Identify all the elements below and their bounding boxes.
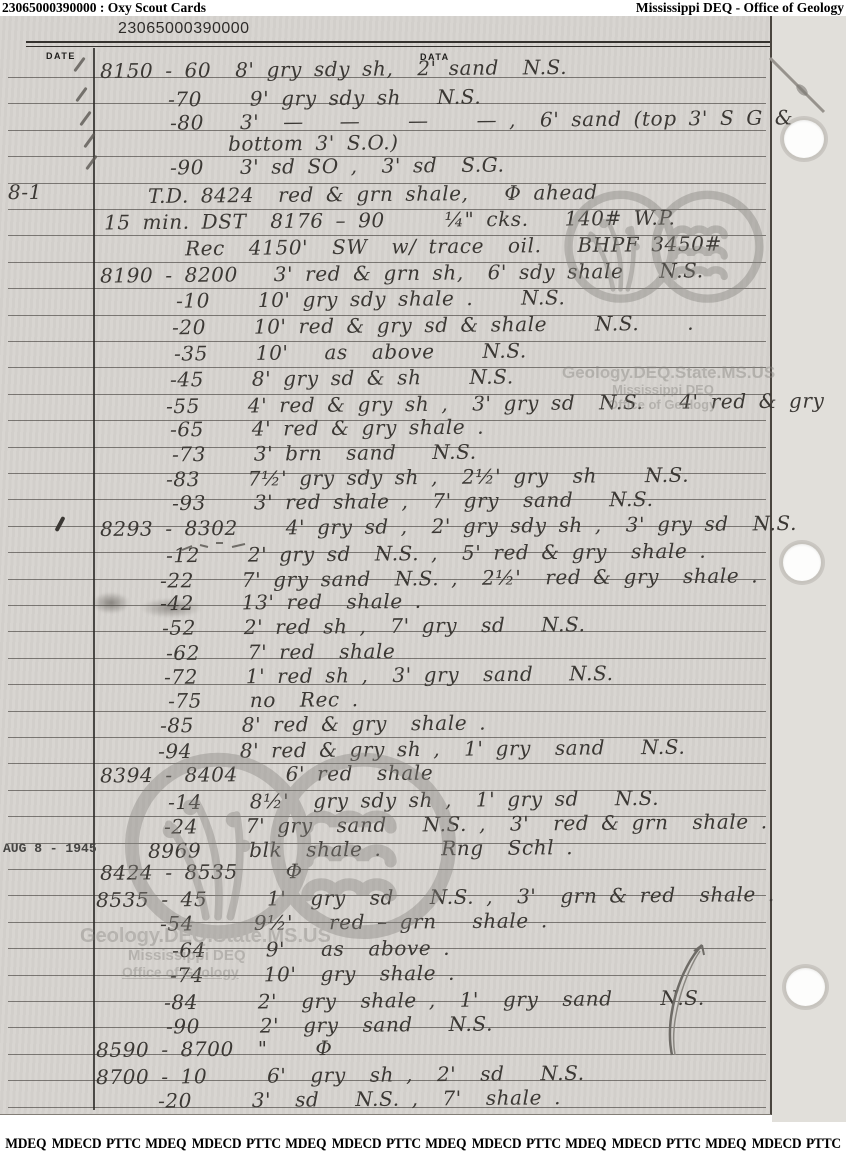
- footer-token: MDEQ: [565, 1136, 606, 1153]
- card-typed-id: 23065000390000: [118, 20, 250, 38]
- log-entry: -73 3' brn sand N.S.: [172, 440, 477, 467]
- log-entry: -62 7' red shale: [166, 639, 396, 665]
- print-header: 23065000390000 : Oxy Scout Cards Mississ…: [0, 0, 846, 16]
- log-entry: -90 2' gry sand N.S.: [166, 1012, 493, 1039]
- log-entry: -65 4' red & gry shale .: [170, 415, 484, 442]
- log-entry: -70 9' gry sdy sh N.S.: [168, 85, 482, 112]
- footer-token: PTTC: [246, 1136, 281, 1153]
- footer-token: PTTC: [106, 1136, 141, 1153]
- footer-token: MDECD: [191, 1136, 241, 1153]
- watermark-agency: Mississippi DEQ: [128, 947, 246, 964]
- pencil-smudge: [92, 592, 130, 614]
- mdeq-logo-watermark: [548, 180, 780, 319]
- log-entry: 8150 - 60 8' gry sdy sh, 2' sand N.S.: [100, 55, 567, 83]
- watermark-url: Geology.DEQ.State.MS.US: [562, 363, 775, 383]
- header-document-title: 23065000390000 : Oxy Scout Cards: [2, 0, 206, 16]
- footer-token: PTTC: [386, 1136, 421, 1153]
- footer-token: MDECD: [471, 1136, 521, 1153]
- hole-punch: [781, 542, 823, 583]
- footer-token: MDECD: [51, 1136, 101, 1153]
- footer-token: PTTC: [806, 1136, 841, 1153]
- footer-token: MDEQ: [425, 1136, 466, 1153]
- print-footer: MDEQMDECDPTTCMDEQMDECDPTTCMDEQMDECDPTTCM…: [3, 1136, 843, 1153]
- log-entry: -90 3' sd SO , 3' sd S.G.: [170, 153, 505, 180]
- watermark-office: Office of Geology: [608, 397, 716, 412]
- footer-token: MDEQ: [705, 1136, 746, 1153]
- footer-token: PTTC: [526, 1136, 561, 1153]
- log-entry: bottom 3' S.O.): [228, 130, 399, 155]
- watermark-block: Geology.DEQ.State.MS.US Mississippi DEQ …: [78, 735, 478, 966]
- card-top-double-rule: [26, 41, 770, 47]
- log-entry: -20 3' sd N.S. , 7' shale .: [158, 1085, 561, 1113]
- crease-mark: [764, 50, 836, 122]
- log-entry: -42 13' red shale .: [160, 589, 422, 615]
- log-entry: -85 8' red & gry shale .: [160, 711, 486, 738]
- watermark-block: Geology.DEQ.State.MS.US Mississippi DEQ …: [548, 180, 780, 319]
- log-entry: -75 no Rec .: [168, 687, 359, 713]
- footer-token: MDECD: [751, 1136, 801, 1153]
- pencil-checkmark: [650, 933, 720, 1063]
- footer-token: MDEQ: [5, 1136, 46, 1153]
- hole-punch: [784, 966, 827, 1008]
- watermark-url: Geology.DEQ.State.MS.US: [80, 925, 331, 948]
- log-entry: -45 8' gry sd & sh N.S.: [170, 365, 514, 392]
- date-entry: 8-1: [8, 180, 42, 204]
- date-column-label: DATE: [46, 51, 76, 61]
- footer-token: PTTC: [666, 1136, 701, 1153]
- waves-icon: [674, 229, 724, 276]
- log-entry: -35 10' as above N.S.: [174, 338, 527, 365]
- log-entry: 8590 - 8700 " Φ: [96, 1036, 333, 1062]
- footer-token: MDEQ: [285, 1136, 326, 1153]
- footer-token: MDEQ: [145, 1136, 186, 1153]
- footer-token: MDECD: [331, 1136, 381, 1153]
- watermark-agency: Mississippi DEQ: [612, 382, 714, 397]
- watermark-office: Office of Geology: [122, 964, 239, 980]
- pencil-scribble: [180, 536, 260, 558]
- log-entry: -72 1' red sh , 3' gry sand N.S.: [164, 661, 614, 689]
- footer-token: MDECD: [611, 1136, 661, 1153]
- log-entry: -52 2' red sh , 7' gry sd N.S.: [162, 612, 586, 640]
- header-agency-title: Mississippi DEQ - Office of Geology: [636, 0, 844, 16]
- log-entry: -10 10' gry sdy shale . N.S.: [176, 285, 566, 312]
- waves-icon: [307, 817, 390, 896]
- log-entry: T.D. 8424 red & grn shale, Φ ahead: [148, 180, 598, 208]
- scanned-document-page: { "page": { "header": { "left": "2306500…: [0, 0, 846, 1156]
- log-entry: -84 2' gry shale , 1' gry sand N.S.: [164, 986, 705, 1015]
- log-entry: -93 3' red shale , 7' gry sand N.S.: [172, 487, 654, 515]
